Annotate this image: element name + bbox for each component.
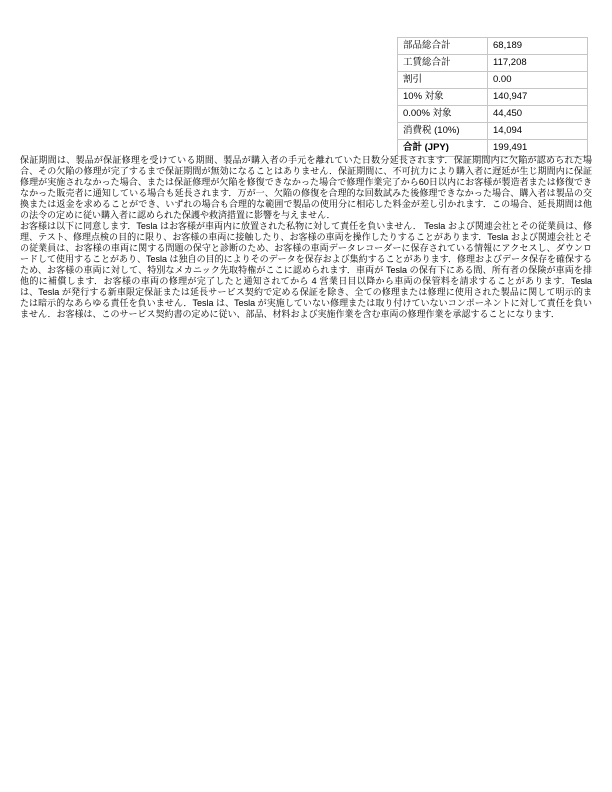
totals-value: 117,208 xyxy=(488,55,588,72)
table-row-grand-total: 合計 (JPY) 199,491 xyxy=(398,140,588,157)
table-row: 割引 0.00 xyxy=(398,72,588,89)
totals-label: 消費税 (10%) xyxy=(398,123,488,140)
totals-value: 44,450 xyxy=(488,106,588,123)
invoice-totals-table: 部品総合計 68,189 工賃総合計 117,208 割引 0.00 10% 対… xyxy=(397,37,588,157)
document-page: 部品総合計 68,189 工賃総合計 117,208 割引 0.00 10% 対… xyxy=(0,0,612,792)
totals-label: 割引 xyxy=(398,72,488,89)
totals-label: 工賃総合計 xyxy=(398,55,488,72)
table-row: 部品総合計 68,189 xyxy=(398,38,588,55)
totals-value: 14,094 xyxy=(488,123,588,140)
table-row: 消費税 (10%) 14,094 xyxy=(398,123,588,140)
totals-label: 0.00% 対象 xyxy=(398,106,488,123)
totals-value: 0.00 xyxy=(488,72,588,89)
terms-text-block: 保証期間は、製品が保証修理を受けている期間、製品が購入者の手元を離れていた日数分… xyxy=(20,155,592,320)
customer-agreement-paragraph: お客様は以下に同意します．Tesla はお客様が車両内に放置された私物に対して責… xyxy=(20,221,592,320)
totals-label: 10% 対象 xyxy=(398,89,488,106)
totals-value: 140,947 xyxy=(488,89,588,106)
table-row: 0.00% 対象 44,450 xyxy=(398,106,588,123)
totals-value: 199,491 xyxy=(488,140,588,157)
totals-label: 部品総合計 xyxy=(398,38,488,55)
warranty-extension-paragraph: 保証期間は、製品が保証修理を受けている期間、製品が購入者の手元を離れていた日数分… xyxy=(20,155,592,221)
table-row: 工賃総合計 117,208 xyxy=(398,55,588,72)
table-row: 10% 対象 140,947 xyxy=(398,89,588,106)
totals-label: 合計 (JPY) xyxy=(398,140,488,157)
totals-value: 68,189 xyxy=(488,38,588,55)
